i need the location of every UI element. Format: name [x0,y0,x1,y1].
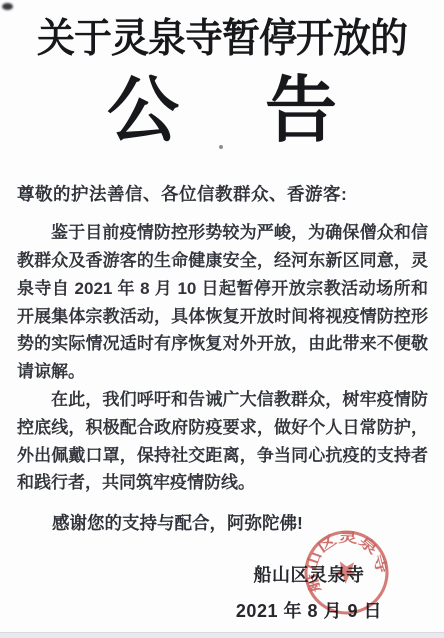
title-char-gong: 公 [107,74,179,150]
scan-bottom-edge [0,632,444,638]
seal-star-icon [330,555,362,586]
scan-speck-top-left [2,3,13,10]
notice-title-line2: 公 告 [0,74,444,150]
body-paragraph-2: 在此，我们呼吁和告诫广大信教群众，树牢疫情防控底线，积极配合政府防疫要求，做好个… [17,386,428,497]
notice-document: 关于灵泉寺暂停开放的 公 告 尊敬的护法善信、各位信教群众、香游客: 鉴于目前疫… [0,0,444,638]
scan-speck-between-title-chars [219,145,223,149]
title-char-gao: 告 [265,74,337,150]
salutation-line: 尊敬的护法善信、各位信教群众、香游客: [17,181,428,206]
notice-title-line1: 关于灵泉寺暂停开放的 [8,17,436,63]
body-paragraph-1: 鉴于目前疫情防控形势较为严峻，为确保僧众和信教群众及香游客的生命健康安全，经河东… [17,219,428,386]
notice-body: 鉴于目前疫情防控形势较为严峻，为确保僧众和信教群众及香游客的生命健康安全，经河东… [17,219,428,497]
